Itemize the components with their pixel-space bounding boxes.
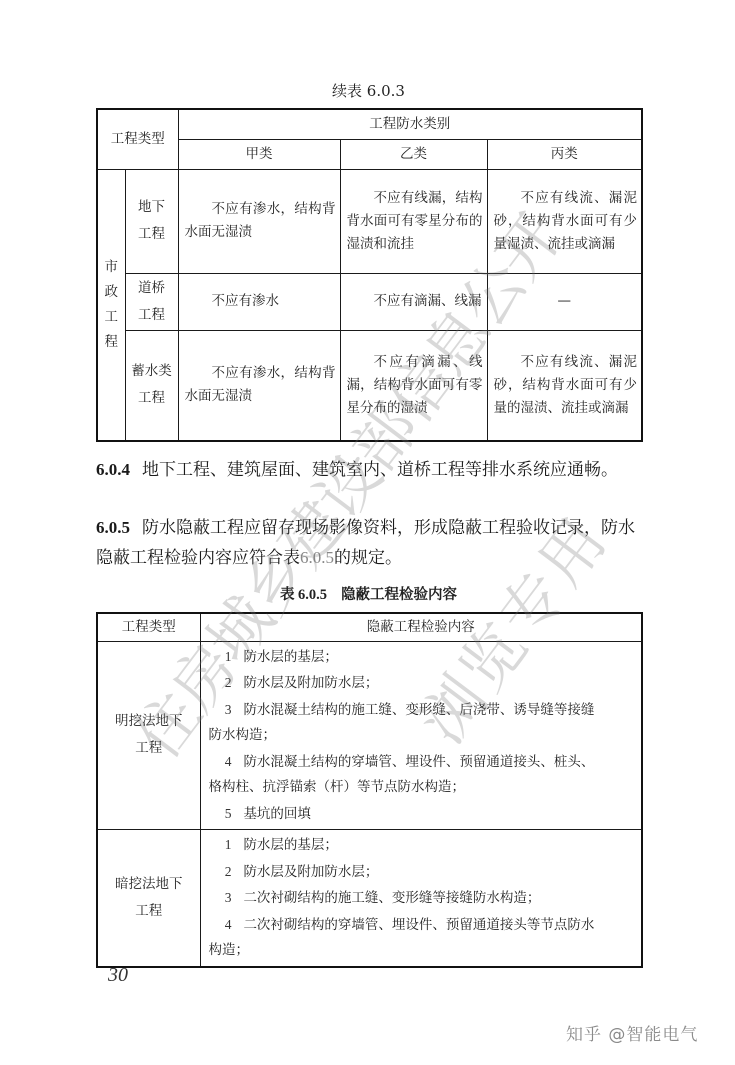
- hidden-works-inspection-table: 工程类型 隐蔽工程检验内容 明挖法地下工程 1防水层的基层； 2防水层及附加防水…: [96, 612, 643, 968]
- cell-class-b: 不应有滴漏、线漏: [340, 273, 487, 330]
- inspection-items: 1防水层的基层； 2防水层及附加防水层； 3二次衬砌结构的施工缝、变形缝等接缝防…: [200, 830, 642, 967]
- clause-number: 6.0.4: [96, 460, 130, 479]
- header-class-a: 甲类: [178, 139, 340, 169]
- clause-number: 6.0.5: [96, 518, 130, 537]
- category-char: 程: [98, 330, 125, 355]
- header-inspection-content: 隐蔽工程检验内容: [200, 613, 642, 641]
- header-class-group: 工程防水类别: [178, 109, 642, 139]
- list-item: 4防水混凝土结构的穿墙管、埋设件、预留通道接头、桩头、: [209, 749, 636, 776]
- list-item-continuation: 构造；: [209, 938, 636, 964]
- header-project-type: 工程类型: [97, 613, 200, 641]
- table-caption-number: 表 6.0.5: [280, 587, 327, 603]
- cell-class-a: 不应有渗水，结构背水面无湿渍: [178, 330, 340, 441]
- list-item: 5基坑的回填: [209, 801, 636, 828]
- row-type-underground: 地下工程: [125, 169, 178, 273]
- cell-class-c: —: [487, 273, 642, 330]
- row-type-water-storage: 蓄水类工程: [125, 330, 178, 441]
- list-item-continuation: 防水构造；: [209, 723, 636, 749]
- list-item: 2防水层及附加防水层；: [209, 859, 636, 886]
- category-municipal: 市 政 工 程: [97, 169, 125, 441]
- table-reference: 6.0.5: [300, 548, 334, 567]
- category-char: 工: [98, 305, 125, 330]
- list-item: 3二次衬砌结构的施工缝、变形缝等接缝防水构造；: [209, 885, 636, 912]
- list-item: 2防水层及附加防水层；: [209, 670, 636, 697]
- clause-6-0-4: 6.0.4地下工程、建筑屋面、建筑室内、道桥工程等排水系统应通畅。: [96, 455, 641, 485]
- waterproof-class-table: 工程类型 工程防水类别 甲类 乙类 丙类 市 政 工 程 地下工程 不应有渗水，…: [96, 108, 643, 442]
- row-type-open-cut: 明挖法地下工程: [97, 641, 200, 830]
- category-char: 政: [98, 280, 125, 305]
- table-row: 市 政 工 程 地下工程 不应有渗水，结构背水面无湿渍 不应有线漏，结构背水面可…: [97, 169, 642, 273]
- row-type-mined: 暗挖法地下工程: [97, 830, 200, 967]
- page-number: 30: [108, 964, 128, 987]
- table-caption: 表 6.0.5隐蔽工程检验内容: [96, 583, 641, 604]
- table-row: 暗挖法地下工程 1防水层的基层； 2防水层及附加防水层； 3二次衬砌结构的施工缝…: [97, 830, 642, 967]
- list-item: 1防水层的基层；: [209, 832, 636, 859]
- cell-class-c: 不应有线流、漏泥砂，结构背水面可有少量的湿渍、流挂或滴漏: [487, 330, 642, 441]
- table-row: 明挖法地下工程 1防水层的基层； 2防水层及附加防水层； 3防水混凝土结构的施工…: [97, 641, 642, 830]
- table-caption-title: 隐蔽工程检验内容: [341, 586, 457, 603]
- inspection-items: 1防水层的基层； 2防水层及附加防水层； 3防水混凝土结构的施工缝、变形缝、后浇…: [200, 641, 642, 830]
- source-watermark: 知乎 @智能电气: [566, 1020, 698, 1045]
- list-item: 4二次衬砌结构的穿墙管、埋设件、预留通道接头等节点防水: [209, 912, 636, 939]
- header-project-type: 工程类型: [97, 109, 178, 169]
- category-char: 市: [98, 255, 125, 280]
- clause-text-end: 的规定。: [334, 548, 402, 568]
- table-row: 蓄水类工程 不应有渗水，结构背水面无湿渍 不应有滴漏、线漏，结构背水面可有零星分…: [97, 330, 642, 441]
- list-item: 1防水层的基层；: [209, 644, 636, 671]
- cell-class-a: 不应有渗水: [178, 273, 340, 330]
- list-item: 3防水混凝土结构的施工缝、变形缝、后浇带、诱导缝等接缝: [209, 697, 636, 724]
- table-caption: 续表 6.0.3: [96, 80, 641, 101]
- clause-text: 地下工程、建筑屋面、建筑室内、道桥工程等排水系统应通畅。: [142, 460, 618, 480]
- cell-class-b: 不应有线漏，结构背水面可有零星分布的湿渍和流挂: [340, 169, 487, 273]
- cell-class-c: 不应有线流、漏泥砂，结构背水面可有少量湿渍、流挂或滴漏: [487, 169, 642, 273]
- clause-6-0-5: 6.0.5防水隐蔽工程应留存现场影像资料，形成隐蔽工程验收记录，防水隐蔽工程检验…: [96, 513, 641, 573]
- row-type-road-bridge: 道桥工程: [125, 273, 178, 330]
- cell-class-b: 不应有滴漏、线漏，结构背水面可有零星分布的湿渍: [340, 330, 487, 441]
- table-row: 道桥工程 不应有渗水 不应有滴漏、线漏 —: [97, 273, 642, 330]
- header-class-b: 乙类: [340, 139, 487, 169]
- cell-class-a: 不应有渗水，结构背水面无湿渍: [178, 169, 340, 273]
- header-class-c: 丙类: [487, 139, 642, 169]
- list-item-continuation: 格构柱、抗浮锚索（杆）等节点防水构造；: [209, 775, 636, 801]
